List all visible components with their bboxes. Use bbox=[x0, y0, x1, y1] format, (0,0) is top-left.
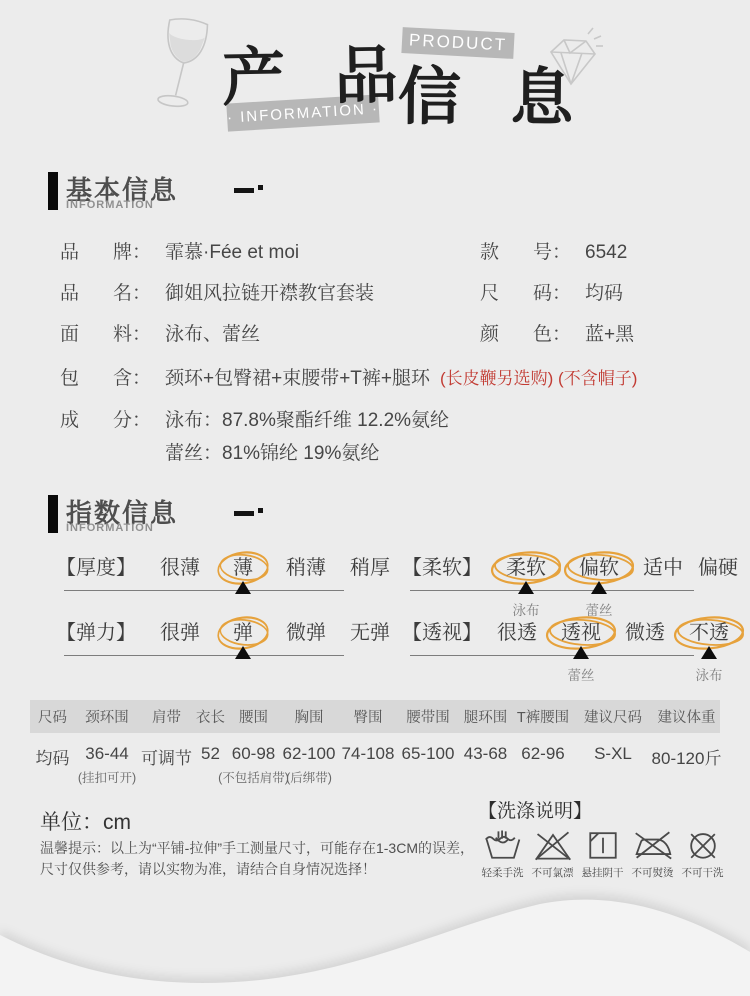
section-subtitle: INFORMATION bbox=[66, 199, 154, 211]
pointer-triangle-icon bbox=[591, 581, 607, 594]
washing-instructions: 【洗涤说明】 轻柔手洗 不可氯漂 bbox=[478, 796, 728, 880]
cell-note: (不包括肩带) bbox=[218, 768, 289, 786]
col-header: 腰围 bbox=[227, 706, 280, 727]
scale-label: 【透视】 bbox=[402, 619, 482, 647]
wave-decor bbox=[0, 880, 750, 996]
field-colon: ： bbox=[132, 240, 151, 266]
scale-option: 很薄 bbox=[160, 554, 200, 584]
title-dash-decor bbox=[234, 511, 254, 516]
section-bar bbox=[48, 495, 58, 533]
tip-line-2: 尺寸仅供参考，请以实物为准，请结合自身情况选择！ bbox=[40, 859, 376, 879]
field-label: 成分 bbox=[60, 408, 132, 434]
field-value: 6542 bbox=[585, 240, 627, 266]
field-colon: ： bbox=[132, 281, 151, 307]
no-iron-icon bbox=[633, 829, 673, 861]
col-header: 胸围 bbox=[280, 706, 338, 727]
field-label: 颜色 bbox=[480, 322, 552, 348]
field-composition-2: 蕾丝：81%锦纶 19%氨纶 bbox=[165, 441, 379, 467]
field-value: 蓝+黑 bbox=[585, 322, 634, 348]
wash-item: 不可熨烫 bbox=[631, 829, 674, 880]
pointer-triangle-icon bbox=[235, 581, 251, 594]
scale-option-selected: 透视 蕾丝 bbox=[552, 619, 610, 649]
scale-option: 适中 bbox=[643, 554, 683, 584]
field-product-name: 品名 ： 御姐风拉链开襟教官套装 bbox=[60, 281, 374, 307]
pointer-triangle-icon bbox=[573, 646, 589, 659]
scale-label: 【厚度】 bbox=[56, 554, 136, 582]
section-bar bbox=[48, 172, 58, 210]
table-cell: 43-68 bbox=[458, 744, 513, 786]
table-cell: 可调节 bbox=[139, 744, 194, 786]
table-cell: S-XL bbox=[573, 744, 653, 786]
size-table-row: 均码 36-44(挂扣可开) 可调节 52 60-98(不包括肩带) 62-10… bbox=[30, 744, 720, 786]
field-label: 品名 bbox=[60, 281, 132, 307]
includes-warning-note: (长皮鞭另选购) (不含帽子) bbox=[440, 366, 637, 392]
cell-note: (挂扣可开) bbox=[78, 768, 136, 786]
table-cell: 均码 bbox=[30, 744, 75, 786]
scale-option: 很透 bbox=[497, 619, 537, 649]
wash-label: 不可干洗 bbox=[682, 865, 724, 880]
col-header: 衣长 bbox=[194, 706, 227, 727]
size-table: 尺码 颈环围 肩带 衣长 腰围 胸围 臀围 腰带围 腿环围 T裤腰围 建议尺码 … bbox=[30, 700, 720, 786]
scale-option: 稍厚 bbox=[350, 554, 390, 584]
scale-option: 偏硬 bbox=[698, 554, 738, 584]
wash-label: 悬挂阴干 bbox=[582, 865, 624, 880]
table-cell: 36-44(挂扣可开) bbox=[75, 744, 139, 786]
field-fabric: 面料 ： 泳布、蕾丝 bbox=[60, 322, 260, 348]
scale-option-selected: 不透 泳布 bbox=[680, 619, 738, 649]
unit-label: 单位：cm bbox=[40, 806, 131, 836]
composition-line2: 蕾丝：81%锦纶 19%氨纶 bbox=[165, 441, 379, 467]
field-size: 尺码 ： 均码 bbox=[480, 281, 623, 307]
field-value: 颈环+包臀裙+束腰带+T裤+腿环 bbox=[165, 366, 430, 392]
col-header: 肩带 bbox=[139, 706, 194, 727]
title-dash-decor bbox=[234, 188, 254, 193]
field-colon: ： bbox=[552, 281, 571, 307]
table-cell: 65-100 bbox=[398, 744, 458, 786]
title-chinese-information: 信 息 bbox=[398, 46, 590, 139]
scale-option-selected: 薄 bbox=[224, 554, 262, 584]
field-label: 包含 bbox=[60, 366, 132, 392]
scale-line bbox=[64, 655, 344, 656]
hang-dry-icon bbox=[583, 829, 623, 861]
scale-line bbox=[410, 590, 694, 591]
col-header: 腰带围 bbox=[398, 706, 458, 727]
cell-note: (后绑带) bbox=[286, 768, 332, 786]
table-cell: 62-96 bbox=[513, 744, 573, 786]
index-info-section-header: 指数信息 INFORMATION bbox=[48, 493, 368, 539]
scale-option-selected: 弹 bbox=[224, 619, 262, 649]
field-style-no: 款号 ： 6542 bbox=[480, 240, 627, 266]
field-brand: 品牌 ： 霏慕·Fée et moi bbox=[60, 240, 299, 266]
scale-softness: 【柔软】 柔软 泳布 偏软 蕾丝 适中 偏硬 bbox=[402, 552, 698, 622]
pointer-triangle-icon bbox=[701, 646, 717, 659]
scale-option: 很弹 bbox=[160, 619, 200, 649]
pointer-triangle-icon bbox=[518, 581, 534, 594]
scale-note: 蕾丝 bbox=[568, 662, 595, 690]
size-table-header: 尺码 颈环围 肩带 衣长 腰围 胸围 臀围 腰带围 腿环围 T裤腰围 建议尺码 … bbox=[30, 700, 720, 733]
scale-transparency: 【透视】 很透 透视 蕾丝 微透 不透 泳布 bbox=[402, 617, 698, 687]
product-info-page: 产 品 PRODUCT 信 息 · INFORMATION · 基本信息 INF… bbox=[0, 0, 750, 996]
wash-item: 悬挂阴干 bbox=[581, 829, 624, 880]
field-label: 款号 bbox=[480, 240, 552, 266]
field-includes: 包含 ： 颈环+包臀裙+束腰带+T裤+腿环 (长皮鞭另选购) (不含帽子) bbox=[60, 366, 637, 392]
scale-elasticity: 【弹力】 很弹 弹 微弹 无弹 bbox=[56, 617, 348, 687]
wash-label: 不可氯漂 bbox=[532, 865, 574, 880]
title-chinese-product: 产 品 bbox=[221, 24, 414, 118]
title-dot-decor bbox=[258, 185, 263, 190]
table-cell: 80-120斤 bbox=[653, 744, 720, 786]
scale-label: 【柔软】 bbox=[402, 554, 482, 582]
section-subtitle: INFORMATION bbox=[66, 522, 154, 534]
scale-option: 无弹 bbox=[350, 619, 390, 649]
field-colon: ： bbox=[132, 366, 151, 392]
col-header: 尺码 bbox=[30, 706, 75, 727]
scale-option-selected: 偏软 蕾丝 bbox=[570, 554, 628, 584]
header: 产 品 PRODUCT 信 息 · INFORMATION · bbox=[0, 0, 750, 160]
table-cell: 62-100(后绑带) bbox=[280, 744, 338, 786]
scale-option: 微弹 bbox=[286, 619, 326, 649]
wash-icons-row: 轻柔手洗 不可氯漂 悬挂阴干 bbox=[481, 829, 728, 880]
pointer-triangle-icon bbox=[235, 646, 251, 659]
field-value: 泳布、蕾丝 bbox=[165, 322, 260, 348]
no-bleach-icon bbox=[533, 829, 573, 861]
title-dot-decor bbox=[258, 508, 263, 513]
field-colon: ： bbox=[132, 322, 151, 348]
basic-info-section-header: 基本信息 INFORMATION bbox=[48, 170, 368, 216]
tip-line-1: 温馨提示：以上为“平铺-拉伸”手工测量尺寸，可能存在1-3CM的误差， bbox=[40, 838, 474, 858]
col-header: 颈环围 bbox=[75, 706, 139, 727]
field-value: 霏慕·Fée et moi bbox=[165, 240, 299, 266]
col-header: T裤腰围 bbox=[513, 706, 573, 727]
table-cell: 60-98(不包括肩带) bbox=[227, 744, 280, 786]
scale-line bbox=[410, 655, 694, 656]
scale-line bbox=[64, 590, 344, 591]
hand-wash-icon bbox=[483, 829, 523, 861]
col-header: 腿环围 bbox=[458, 706, 513, 727]
field-value: 御姐风拉链开襟教官套装 bbox=[165, 281, 374, 307]
field-colon: ： bbox=[552, 240, 571, 266]
col-header: 建议尺码 bbox=[573, 706, 653, 727]
scale-option: 稍薄 bbox=[286, 554, 326, 584]
col-header: 臀围 bbox=[338, 706, 398, 727]
table-cell: 74-108 bbox=[338, 744, 398, 786]
field-label: 品牌 bbox=[60, 240, 132, 266]
field-value: 均码 bbox=[585, 281, 623, 307]
scale-label: 【弹力】 bbox=[56, 619, 136, 647]
wash-item: 不可干洗 bbox=[681, 829, 724, 880]
col-header: 建议体重 bbox=[653, 706, 720, 727]
scale-option: 微透 bbox=[625, 619, 665, 649]
field-label: 面料 bbox=[60, 322, 132, 348]
field-label: 尺码 bbox=[480, 281, 552, 307]
wash-item: 轻柔手洗 bbox=[481, 829, 524, 880]
field-colon: ： bbox=[552, 322, 571, 348]
no-dry-clean-icon bbox=[683, 829, 723, 861]
wine-glass-icon bbox=[146, 14, 220, 123]
wash-label: 轻柔手洗 bbox=[482, 865, 524, 880]
field-composition: 成分 ： 泳布：87.8%聚酯纤维 12.2%氨纶 bbox=[60, 408, 449, 434]
scale-option-selected: 柔软 泳布 bbox=[497, 554, 555, 584]
field-colon: ： bbox=[132, 408, 151, 434]
wash-item: 不可氯漂 bbox=[531, 829, 574, 880]
scale-note: 泳布 bbox=[696, 662, 723, 690]
wash-label: 不可熨烫 bbox=[632, 865, 674, 880]
field-color: 颜色 ： 蓝+黑 bbox=[480, 322, 634, 348]
composition-line1: 泳布：87.8%聚酯纤维 12.2%氨纶 bbox=[165, 408, 449, 434]
wash-title: 【洗涤说明】 bbox=[478, 796, 728, 823]
scale-thickness: 【厚度】 很薄 薄 稍薄 稍厚 bbox=[56, 552, 348, 622]
